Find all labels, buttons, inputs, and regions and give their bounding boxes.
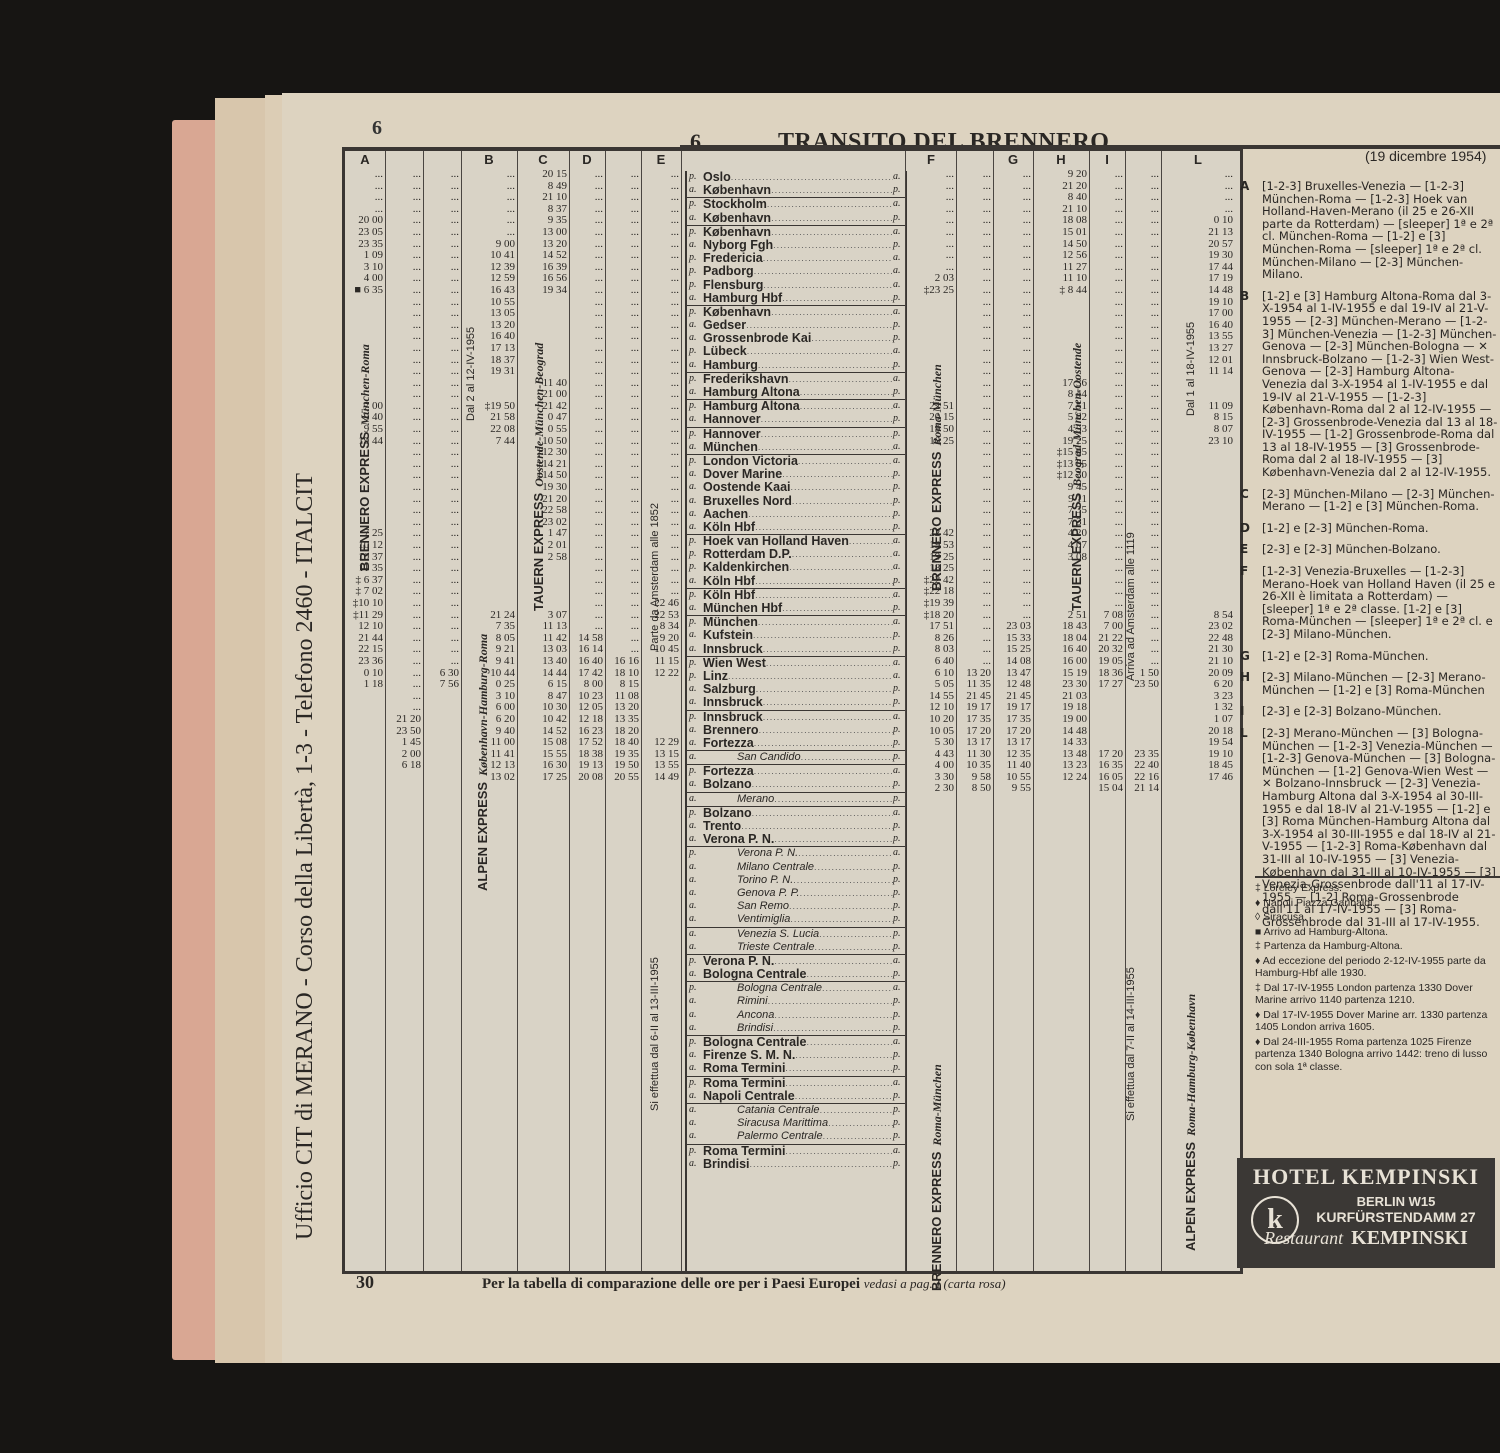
station-row: p.Bologna Centrale .....................… [687,981,905,995]
arr-dep-marker: a. [687,1130,703,1143]
station-name: Bologna Centrale [703,982,822,995]
station-row: a.Innsbruck ............................… [687,696,905,709]
footnote: H[2-3] Milano-München — [2-3] Merano-Mün… [1240,671,1498,696]
column-times: ... ... ... ... ... ... ... ... ... ... … [605,169,639,783]
arr-dep-marker: a. [687,212,703,225]
footnote: E[2-3] e [2-3] München-Bolzano. [1240,543,1498,556]
arr-dep-marker: a. [687,468,703,481]
station-name: Padborg [703,265,754,278]
arr-dep-marker: a. [893,400,905,413]
arr-dep-marker: p. [687,373,703,386]
station-row: p.Innsbruck ............................… [687,710,905,724]
arr-dep-marker: a. [687,900,703,913]
station-list: p.Oslo .................................… [685,171,907,1271]
station-name: Ventimiglia [703,913,790,926]
leader-dots: ........................................… [761,413,893,426]
footnote: C[2-3] München-Milano — [2-3] München-Me… [1240,488,1498,513]
leader-dots: ........................................… [790,913,893,926]
leader-dots: ........................................… [755,575,893,588]
station-name: Trieste Centrale [703,941,814,954]
arr-dep-marker: a. [893,171,905,184]
station-row: a.Verona P. N. .........................… [687,833,905,846]
leader-dots: ........................................… [782,292,893,305]
arr-dep-marker: p. [893,778,905,791]
note-amsterdam-arrival: Arriva ad Amsterdam alle 1119 [1125,532,1137,681]
leader-dots: ........................................… [750,1158,893,1171]
station-row: a.München Hbf ..........................… [687,602,905,615]
station-name: Fortezza [703,765,754,778]
leader-dots: ........................................… [753,629,893,642]
leader-dots: ........................................… [767,198,893,211]
arr-dep-marker: a. [687,1022,703,1035]
station-name: München [703,616,758,629]
station-row: a.San Remo .............................… [687,900,905,913]
station-row: p.Bologna Centrale .....................… [687,1035,905,1049]
station-row: p.Hamburg Altona .......................… [687,399,905,413]
station-name: Stockholm [703,198,767,211]
leader-dots: ........................................… [773,239,893,252]
footnote-text: [2-3] Milano-München — [2-3] Merano-Münc… [1262,671,1498,696]
station-name: Hamburg Altona [703,386,800,399]
arr-dep-marker: p. [687,455,703,468]
station-row: p.Kaldenkirchen ........................… [687,561,905,574]
station-row: p.Oslo .................................… [687,171,905,184]
arr-dep-marker: p. [687,955,703,968]
column-times: ... ... ... ... ... ... ... ... ... ... … [955,169,991,795]
station-name: Bologna Centrale [703,1036,807,1049]
leader-dots: ........................................… [759,724,893,737]
arr-dep-marker: a. [893,765,905,778]
station-name: Milano Centrale [703,861,814,874]
leader-dots: ........................................… [800,386,893,399]
arr-dep-marker: p. [687,561,703,574]
arr-dep-marker: p. [893,820,905,833]
station-name: Verona P. N. [703,833,774,846]
column-times: ... ... ... ... ... ... ... ... ... ... … [993,169,1031,795]
arr-dep-marker: a. [687,1049,703,1062]
station-name: Bolzano [703,807,752,820]
leader-dots: ........................................… [798,455,893,468]
arr-dep-marker: a. [893,711,905,724]
arr-dep-marker: a. [893,657,905,670]
station-row: p.Hannover .............................… [687,427,905,441]
leader-dots: ........................................… [766,657,893,670]
arr-dep-marker: p. [687,670,703,683]
advert-city: BERLIN W15 [1297,1194,1495,1209]
arr-dep-marker: p. [893,413,905,426]
arr-dep-marker: p. [687,616,703,629]
leader-dots: ........................................… [763,252,893,265]
leader-dots: ........................................… [814,861,893,874]
arr-dep-marker: p. [687,400,703,413]
station-row: p.Linz .................................… [687,670,905,683]
station-row: a.Ventimiglia ..........................… [687,913,905,926]
arr-dep-marker: p. [687,711,703,724]
arr-dep-marker: p. [893,683,905,696]
footnote-key: B [1240,290,1262,479]
advert-hotel-name: HOTEL KEMPINSKI [1237,1164,1495,1190]
station-row: a.Gedser ...............................… [687,319,905,332]
arr-dep-marker: p. [893,1062,905,1075]
leader-dots: ........................................… [746,319,893,332]
arr-dep-marker: a. [893,982,905,995]
station-name: Oostende Kaai [703,481,791,494]
arr-dep-marker: a. [893,265,905,278]
leader-dots: ........................................… [761,428,893,441]
arr-dep-marker: a. [893,670,905,683]
leader-dots: ........................................… [814,941,893,954]
arr-dep-marker: p. [893,575,905,588]
arr-dep-marker: a. [893,1036,905,1049]
arr-dep-marker: p. [893,521,905,534]
station-name: Hamburg Altona [703,400,800,413]
column-times: ... ... ... ... ... ... ... ... ... ... … [1125,169,1159,795]
station-name: Hoek van Holland Haven [703,535,849,548]
arr-dep-marker: p. [893,995,905,1008]
arr-dep-marker: a. [687,441,703,454]
leader-dots: ........................................… [756,683,893,696]
station-row: a.Oostende Kaai ........................… [687,481,905,494]
station-row: a.Brindisi .............................… [687,1158,905,1171]
leader-dots: ........................................… [800,887,893,900]
column-times: ... ... ... ... ... ... ... ... ... ... … [641,169,679,783]
arr-dep-marker: a. [893,306,905,319]
arr-dep-marker: a. [893,955,905,968]
footnote: G[1-2] e [2-3] Roma-München. [1240,650,1498,663]
station-name: København [703,212,771,225]
arr-dep-marker: p. [893,928,905,941]
arr-dep-marker: a. [687,359,703,372]
footnote-text: [2-3] e [2-3] München-Bolzano. [1262,543,1498,556]
column-times: ... ... ... ... 0 10 21 13 20 57 19 30 1… [1161,169,1233,783]
station-row: p.Fortezza .............................… [687,764,905,778]
station-name: Ancona [703,1009,774,1022]
leader-dots: ........................................… [771,306,893,319]
leader-dots: ........................................… [789,561,893,574]
leader-dots: ........................................… [763,279,893,292]
footer-note: Per la tabella di comparazione delle ore… [482,1276,1006,1293]
station-name: Salzburg [703,683,756,696]
footnote-key: H [1240,671,1262,696]
arr-dep-marker: a. [893,252,905,265]
arr-dep-marker: p. [893,1158,905,1171]
arr-dep-marker: p. [687,1077,703,1090]
column-letter: L [1161,152,1235,167]
station-name: London Victoria [703,455,798,468]
column-times: ... ... ... ... ... ... ... ... ... ... … [569,169,603,783]
column-g: G ... ... ... ... ... ... ... ... ... ..… [993,151,1034,1271]
arr-dep-marker: p. [893,913,905,926]
footnote-key: G [1240,650,1262,663]
station-row: a.Köln Hbf .............................… [687,575,905,588]
footnote: I[2-3] e [2-3] Bolzano-München. [1240,705,1498,718]
arr-dep-marker: a. [893,535,905,548]
arr-dep-marker: p. [687,847,703,860]
arr-dep-marker: p. [893,941,905,954]
note-i-service-period: Si effettua dal 7-II al 14-III-1955 [1125,967,1137,1121]
leader-dots: ........................................… [774,833,893,846]
station-row: p.Wien West ............................… [687,656,905,670]
arr-dep-marker: p. [893,737,905,750]
arr-dep-marker: p. [893,239,905,252]
arr-dep-marker: a. [687,481,703,494]
column-a3: ... ... ... ... ... ... ... ... ... ... … [423,151,462,1271]
arr-dep-marker: a. [893,589,905,602]
column-letter: C [517,152,569,167]
station-row: a.Milano Centrale ......................… [687,861,905,874]
rear-page-number: 6 [372,117,382,140]
station-row: a.Hannover .............................… [687,413,905,426]
arr-dep-marker: p. [893,468,905,481]
station-row: a.Bologna Centrale .....................… [687,968,905,981]
station-row: p.Frederikshavn ........................… [687,372,905,386]
station-row: a.Siracusa Marittima ...................… [687,1117,905,1130]
column-a: A ... ... ... ... 20 00 23 05 23 35 1 09… [345,151,386,1271]
hotel-advert: k HOTEL KEMPINSKI BERLIN W15 KURFÜRSTEND… [1237,1158,1495,1268]
station-name: Hamburg Hbf [703,292,782,305]
arr-dep-marker: a. [687,602,703,615]
arr-dep-marker: a. [687,1009,703,1022]
column-d: D ... ... ... ... ... ... ... ... ... ..… [569,151,606,1271]
leader-dots: ........................................… [755,521,893,534]
symbol-footnote: ■ Arrivo ad Hamburg-Altona. [1255,926,1500,939]
arr-dep-marker: a. [687,874,703,887]
station-row: a.Napoli Centrale ......................… [687,1090,905,1103]
arr-dep-marker: a. [687,413,703,426]
leader-dots: ........................................… [795,1090,893,1103]
station-name: Gedser [703,319,746,332]
station-row: a.Grossenbrode Kai .....................… [687,332,905,345]
arr-dep-marker: a. [687,521,703,534]
train-label-brennero-express: BRENNERO EXPRESSMünchen-Roma [357,344,373,571]
arr-dep-marker: a. [893,226,905,239]
station-name: Firenze S. M. N. [703,1049,795,1062]
station-name: Bologna Centrale [703,968,807,981]
arr-dep-marker: a. [687,386,703,399]
station-row: p.Rotterdam D.P. .......................… [687,548,905,561]
footnote-text: [1-2-3] Bruxelles-Venezia — [1-2-3] Münc… [1262,180,1498,281]
station-name: San Candido [703,751,801,764]
arr-dep-marker: a. [687,683,703,696]
arr-dep-marker: a. [893,548,905,561]
train-label-tauern-express: TAUERN EXPRESSOostende-München-Beograd [531,343,547,611]
arr-dep-marker: p. [687,265,703,278]
station-row: a.Köln Hbf .............................… [687,521,905,534]
arr-dep-marker: p. [687,657,703,670]
station-row: p.Roma Termini .........................… [687,1144,905,1158]
station-name: Fredericia [703,252,763,265]
station-name: Innsbruck [703,711,763,724]
agency-stamp: Ufficio CIT di MERANO - Corso della Libe… [292,140,319,1240]
station-name: Napoli Centrale [703,1090,795,1103]
column-e: E ... ... ... ... ... ... ... ... ... ..… [641,151,682,1271]
page-number: 30 [356,1272,374,1293]
arr-dep-marker: a. [893,345,905,358]
hotel-logo-icon: k [1251,1196,1299,1244]
station-name: Lübeck [703,345,747,358]
note-l-period: Dal 1 al 18-IV-1955 [1185,322,1197,416]
leader-dots: ........................................… [785,1077,893,1090]
station-name: Oslo [703,171,731,184]
column-times: ... ... ... ... ... ... ... ... ... ... … [385,169,421,772]
arr-dep-marker: p. [893,1104,905,1117]
leader-dots: ........................................… [747,345,893,358]
arr-dep-marker: a. [687,820,703,833]
arr-dep-marker: a. [687,833,703,846]
station-name: Dover Marine [703,468,782,481]
leader-dots: ........................................… [819,928,893,941]
arr-dep-marker: a. [893,441,905,454]
train-label-brennero-express-north-2: BRENNERO EXPRESSRoma-München [929,1064,945,1291]
arr-dep-marker: a. [687,1104,703,1117]
station-name: Catania Centrale [703,1104,820,1117]
leader-dots: ........................................… [785,1062,893,1075]
arr-dep-marker: a. [893,847,905,860]
station-row: a.Dover Marine .........................… [687,468,905,481]
station-row: p.Hoek van Holland Haven ...............… [687,534,905,548]
arr-dep-marker: a. [687,696,703,709]
arr-dep-marker: p. [687,428,703,441]
footnotes-symbols: ‡ Loreley Express.♦ Napoli Piazza Gariba… [1255,876,1500,1075]
station-name: Bruxelles Nord [703,495,792,508]
station-name: Roma Termini [703,1145,785,1158]
station-row: a.Hamburg ..............................… [687,359,905,372]
station-row: a.København ............................… [687,184,905,197]
leader-dots: ........................................… [763,711,893,724]
station-name: Verona P. N. [703,955,774,968]
arr-dep-marker: a. [687,724,703,737]
station-row: p.Verona P. N. .........................… [687,954,905,968]
leader-dots: ........................................… [752,778,893,791]
station-name: Fortezza [703,737,754,750]
arr-dep-marker: p. [893,968,905,981]
note-e-service-period: Si effettua dal 6-II al 13-III-1955 [649,957,661,1111]
leader-dots: ........................................… [798,847,893,860]
column-f2: ... ... ... ... ... ... ... ... ... ... … [955,151,994,1271]
arr-dep-marker: p. [893,212,905,225]
column-a2: ... ... ... ... ... ... ... ... ... ... … [385,151,424,1271]
leader-dots: ........................................… [754,737,893,750]
arr-dep-marker: a. [893,279,905,292]
leader-dots: ........................................… [771,212,893,225]
symbol-footnote: ‡ Partenza da Hamburg-Altona. [1255,940,1500,953]
station-row: a.Rimini ...............................… [687,995,905,1008]
station-row: a.San Candido ..........................… [687,750,905,764]
station-row: a.Brennero .............................… [687,724,905,737]
footnote-text: [2-3] München-Milano — [2-3] München-Mer… [1262,488,1498,513]
arr-dep-marker: a. [687,575,703,588]
leader-dots: ........................................… [811,332,893,345]
arr-dep-marker: a. [687,629,703,642]
arr-dep-marker: a. [687,184,703,197]
arr-dep-marker: p. [893,793,905,806]
arr-dep-marker: a. [687,1117,703,1130]
station-row: a.Kufstein .............................… [687,629,905,642]
station-name: Köln Hbf [703,575,755,588]
station-row: p.München ..............................… [687,615,905,629]
column-letter: F [906,152,956,167]
leader-dots: ........................................… [791,481,893,494]
column-c: C 20 15 8 49 21 10 8 37 9 35 13 00 13 20… [517,151,570,1271]
station-row: p.London Victoria ......................… [687,454,905,468]
station-row: p.Verona P. N. .........................… [687,846,905,860]
arr-dep-marker: p. [687,982,703,995]
station-name: Linz [703,670,728,683]
footnote-key: E [1240,543,1262,556]
arr-dep-marker: p. [893,861,905,874]
leader-dots: ........................................… [768,995,893,1008]
arr-dep-marker: p. [893,508,905,521]
arr-dep-marker: p. [893,1090,905,1103]
arr-dep-marker: p. [893,428,905,441]
station-row: a.Catania Centrale .....................… [687,1103,905,1117]
note-amsterdam-departure: Parte da Amsterdam alle 1852 [649,503,661,651]
column-times: ... ... ... ... ... ... ... ... ... ... … [423,169,459,691]
station-name: München [703,441,758,454]
arr-dep-marker: a. [893,616,905,629]
leader-dots: ........................................… [849,535,893,548]
column-letter: E [641,152,681,167]
arr-dep-marker: p. [687,226,703,239]
station-row: p.Lübeck ...............................… [687,345,905,358]
leader-dots: ........................................… [758,359,893,372]
column-letter: I [1089,152,1125,167]
arr-dep-marker: a. [893,1145,905,1158]
station-row: p.Fredericia ...........................… [687,252,905,265]
station-name: Hannover [703,428,761,441]
arr-dep-marker: p. [893,629,905,642]
station-name: Torino P. N. [703,874,793,887]
leader-dots: ........................................… [793,874,893,887]
station-name: Rimini [703,995,768,1008]
station-name: Wien West [703,657,766,670]
arr-dep-marker: a. [687,1158,703,1171]
station-name: København [703,226,771,239]
arr-dep-marker: p. [687,548,703,561]
station-row: a.Venezia S. Lucia .....................… [687,927,905,941]
station-row: a.Bolzano ..............................… [687,778,905,791]
station-row: a.Hamburg Altona .......................… [687,386,905,399]
symbol-footnote: ♦ Napoli Piazza Garibaldi. [1255,897,1500,910]
leader-dots: ........................................… [774,955,893,968]
leader-dots: ........................................… [741,820,893,833]
train-label-alpen-express-north: ALPEN EXPRESSRoma-Hamburg-København [1183,994,1199,1251]
arr-dep-marker: p. [687,252,703,265]
station-name: Kufstein [703,629,753,642]
footnote-text: [1-2] e [2-3] Roma-München. [1262,650,1498,663]
leader-dots: ........................................… [754,265,893,278]
arr-dep-marker: p. [893,292,905,305]
arr-dep-marker: p. [687,1036,703,1049]
arr-dep-marker: p. [687,279,703,292]
arr-dep-marker: a. [893,561,905,574]
arr-dep-marker: p. [893,1049,905,1062]
station-name: København [703,184,771,197]
station-row: a.Firenze S. M. N. .....................… [687,1049,905,1062]
arr-dep-marker: p. [893,1130,905,1143]
column-d2: ... ... ... ... ... ... ... ... ... ... … [605,151,642,1271]
station-row: a.Nyborg Fgh ...........................… [687,239,905,252]
arr-dep-marker: p. [687,306,703,319]
station-name: Roma Termini [703,1062,785,1075]
station-name: Bolzano [703,778,752,791]
station-name: Verona P. N. [703,847,798,860]
footnote: D[1-2] e [2-3] München-Roma. [1240,522,1498,535]
arr-dep-marker: p. [893,643,905,656]
station-row: p.Roma Termini .........................… [687,1076,905,1090]
footnote: B[1-2] e [3] Hamburg Altona-Roma dal 3-X… [1240,290,1498,479]
footnote: F[1-2-3] Venezia-Bruxelles — [1-2-3] Mer… [1240,565,1498,641]
